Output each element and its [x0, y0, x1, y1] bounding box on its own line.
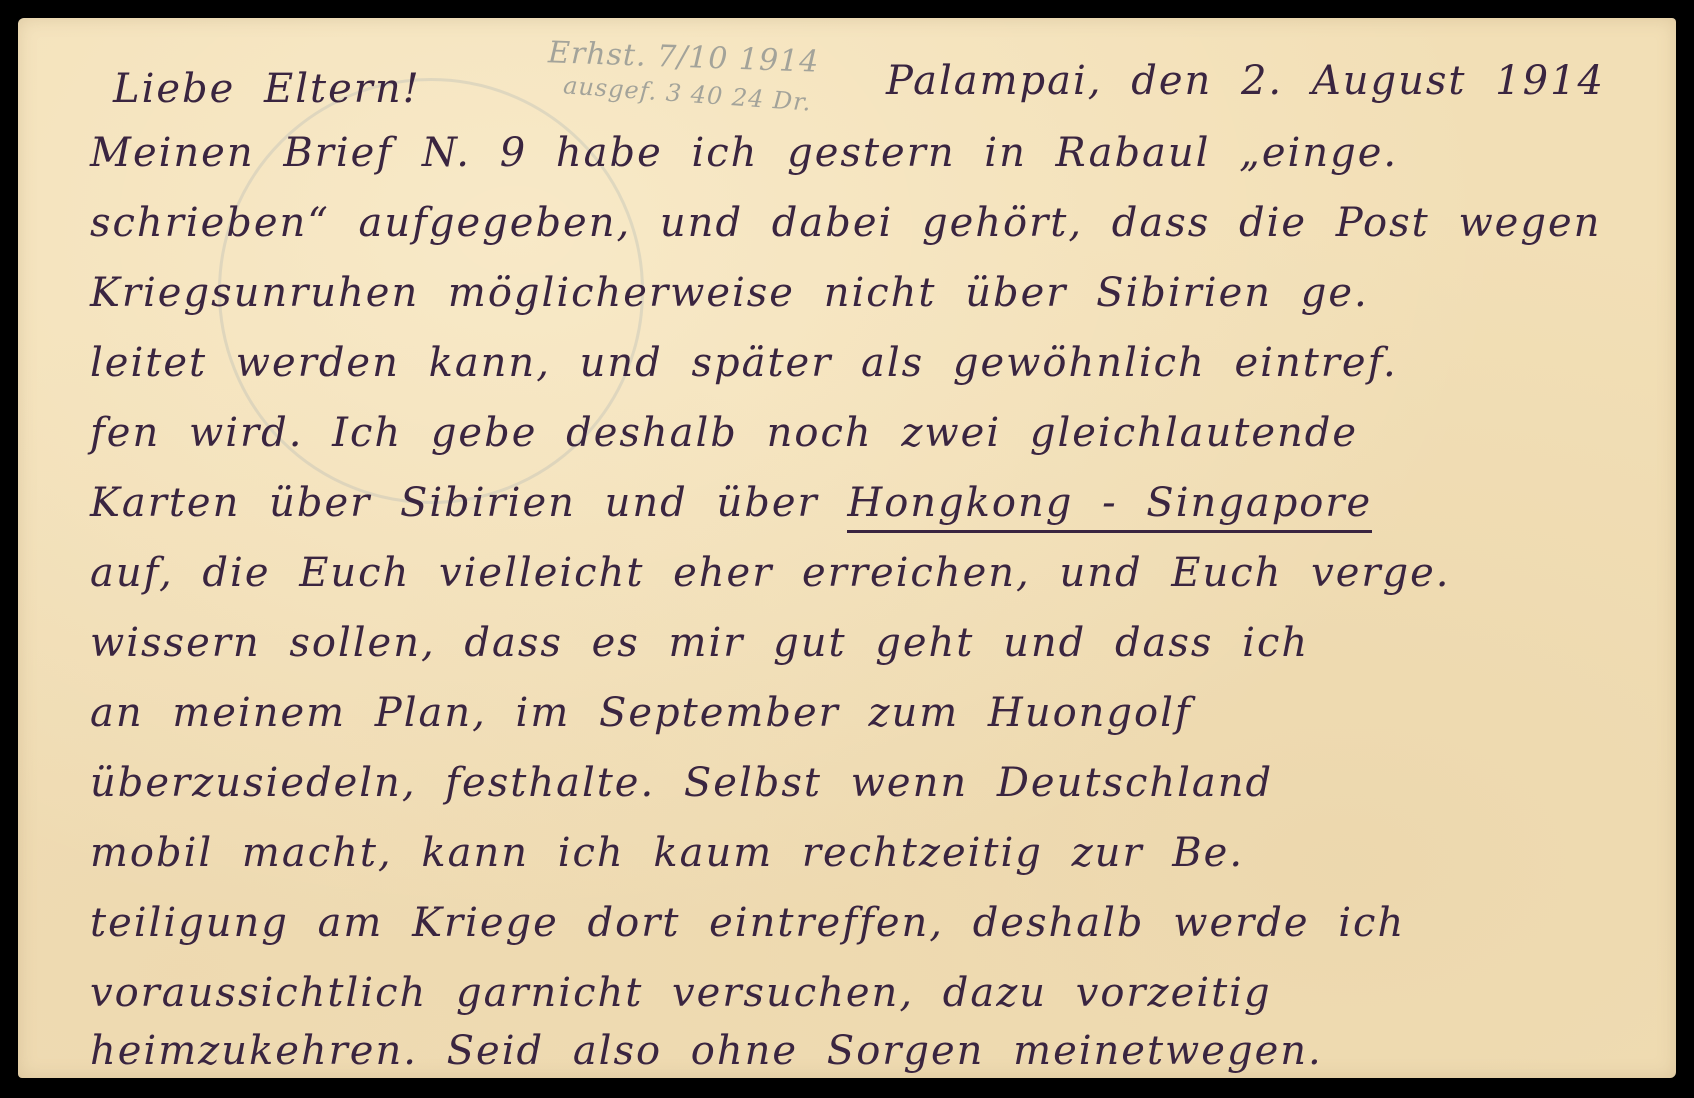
postcard: Erhst. 7/10 1914 ausgef. 3 40 24 Dr. Lie… — [18, 18, 1676, 1078]
underlined-route: Hongkong - Singapore — [847, 480, 1372, 533]
body-line-4: leitet werden kann, und später als gewöh… — [90, 340, 1398, 386]
body-line-1: Meinen Brief N. 9 habe ich gestern in Ra… — [90, 130, 1398, 176]
body-line-10: überzusiedeln, festhalte. Selbst wenn De… — [90, 760, 1273, 806]
body-line-14: heimzukehren. Seid also ohne Sorgen mein… — [90, 1028, 1323, 1074]
body-line-3: Kriegsunruhen möglicherweise nicht über … — [90, 270, 1369, 316]
body-line-11: mobil macht, kann ich kaum rechtzeitig z… — [90, 830, 1244, 876]
body-line-6: Karten über Sibirien und über Hongkong -… — [90, 480, 1372, 526]
body-line-2: schrieben“ aufgegeben, und dabei gehört,… — [90, 200, 1601, 246]
body-line-8: wissern sollen, dass es mir gut geht und… — [90, 620, 1309, 666]
body-line-13: voraussichtlich garnicht versuchen, dazu… — [90, 970, 1272, 1016]
greeting: Liebe Eltern! — [113, 66, 421, 112]
body-line-9: an meinem Plan, im September zum Huongol… — [90, 690, 1192, 736]
body-line-5: fen wird. Ich gebe deshalb noch zwei gle… — [90, 410, 1358, 456]
body-line-12: teiligung am Kriege dort eintreffen, des… — [90, 900, 1405, 946]
place-and-date: Palampai, den 2. August 1914 — [886, 58, 1605, 104]
body-line-6-text: Karten über Sibirien und über — [90, 480, 819, 526]
body-line-7: auf, die Euch vielleicht eher erreichen,… — [90, 550, 1451, 596]
